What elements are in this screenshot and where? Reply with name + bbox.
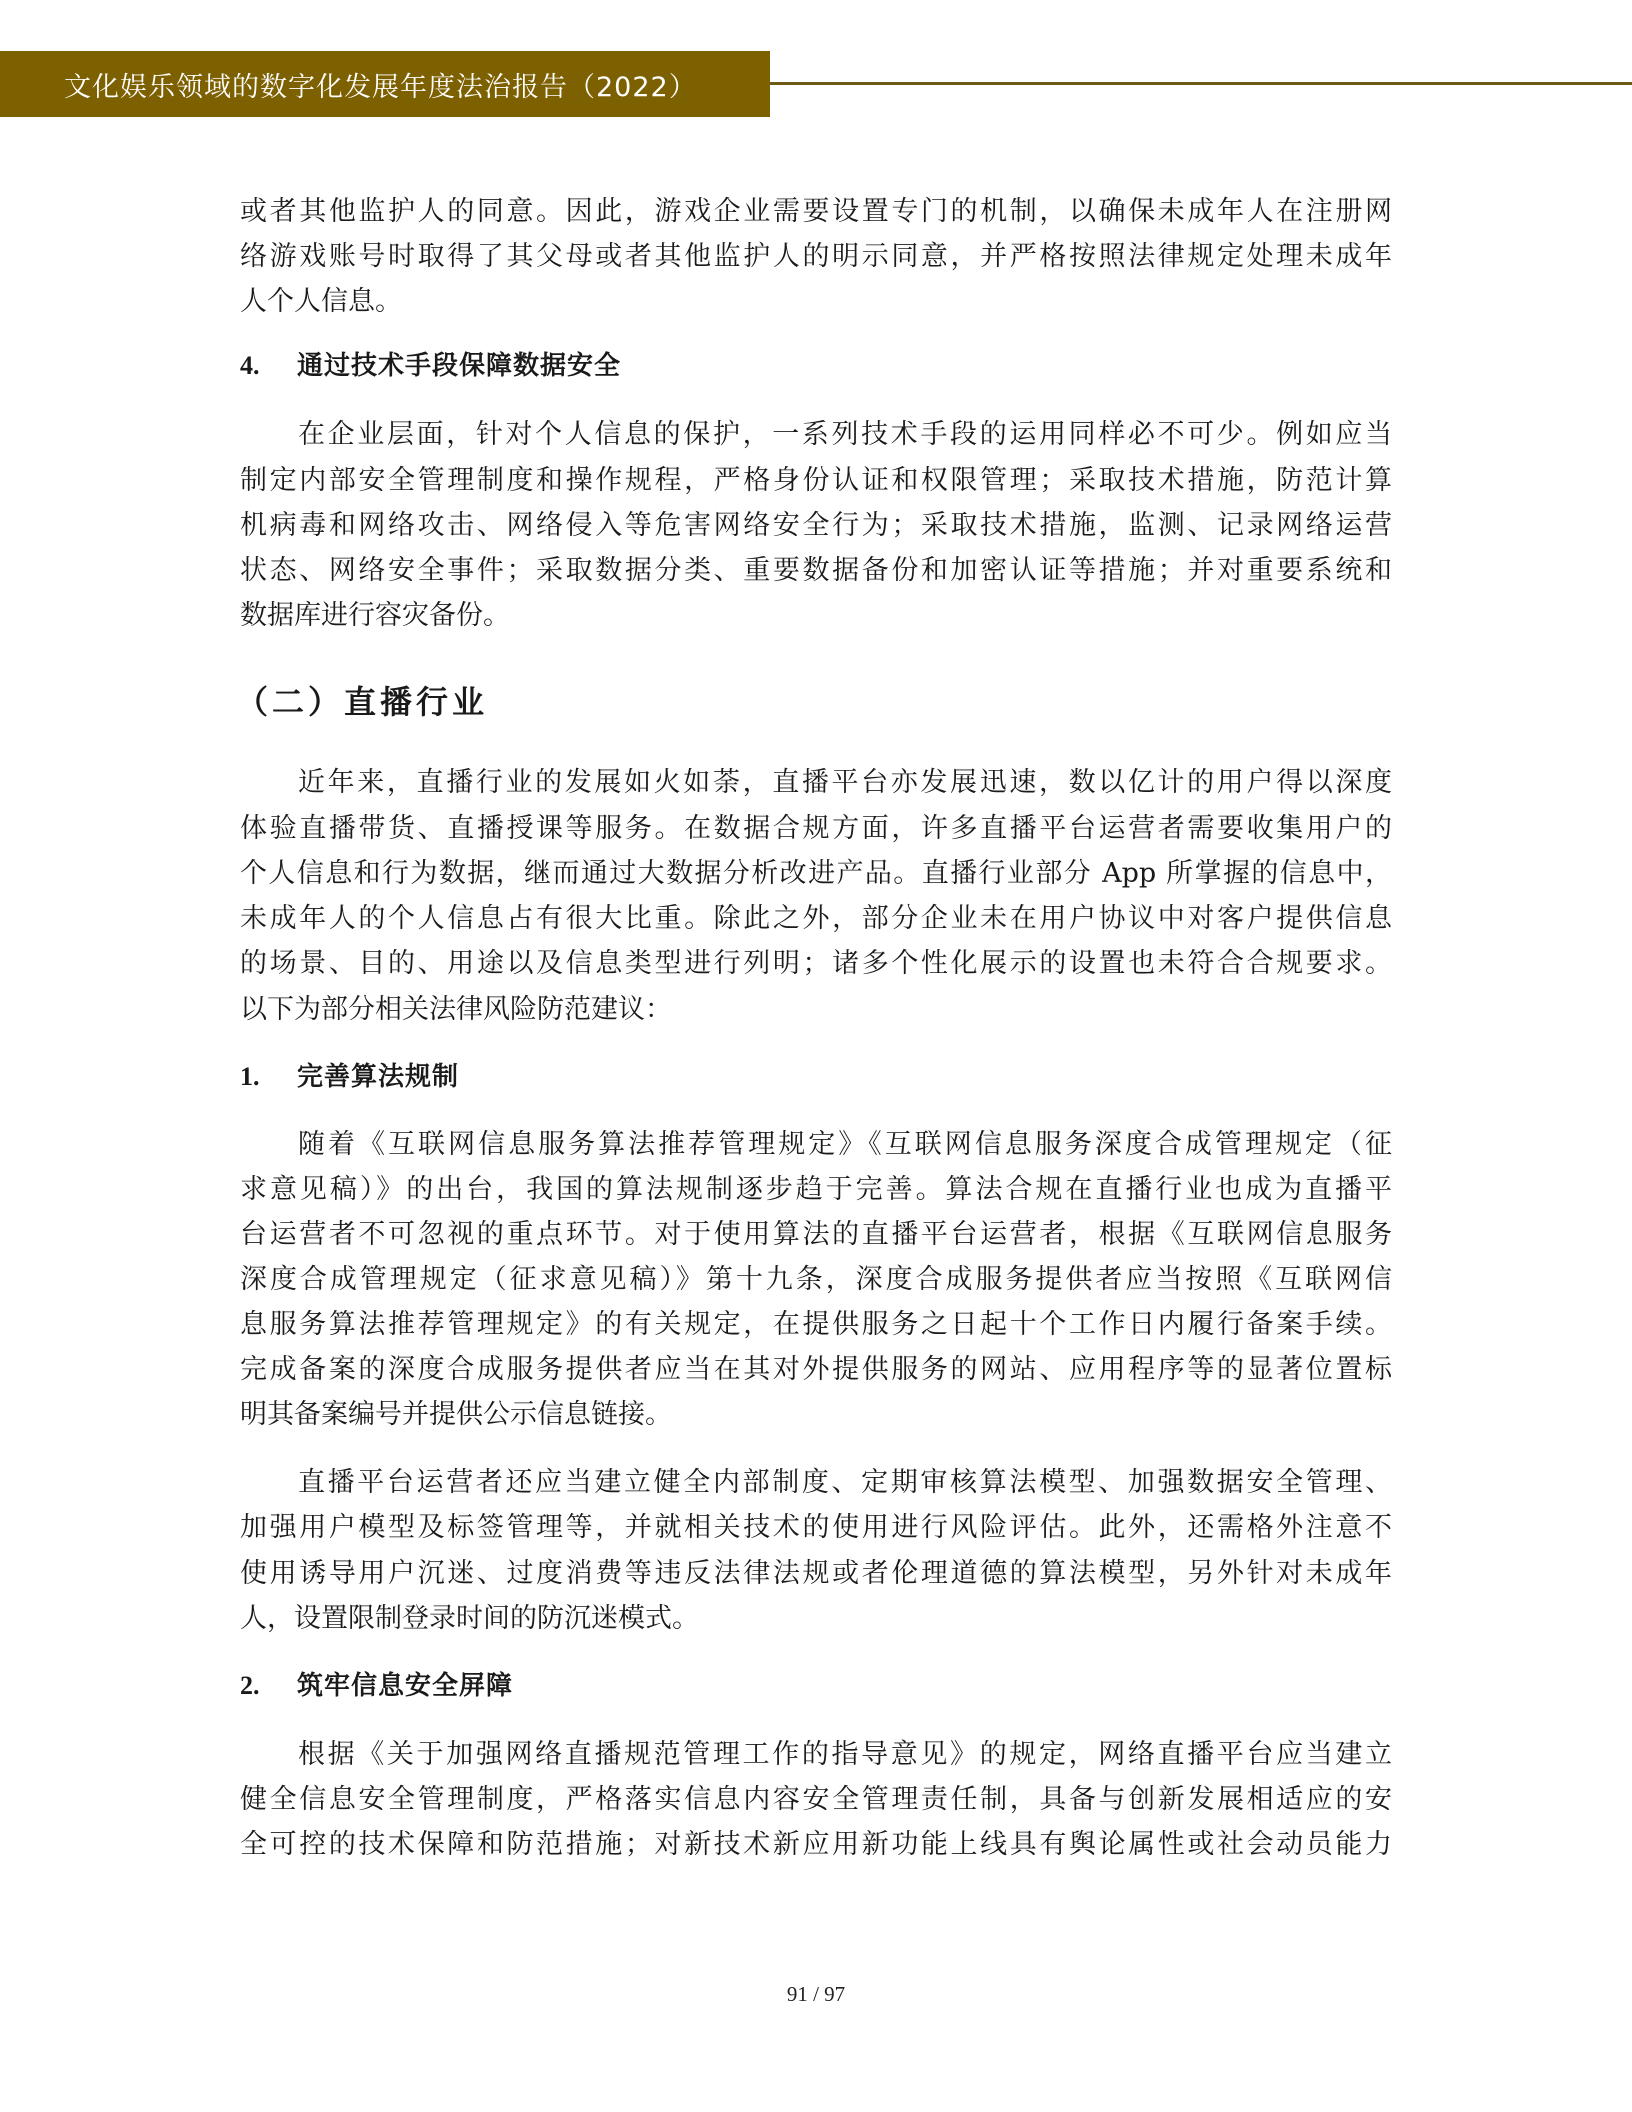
text-line: 制定内部安全管理制度和操作规程，严格身份认证和权限管理；采取技术措施，防范计算 <box>240 461 1392 501</box>
text-line: 或者其他监护人的同意。因此，游戏企业需要设置专门的机制，以确保未成年人在注册网 <box>240 192 1392 232</box>
text-line: 根据《关于加强网络直播规范管理工作的指导意见》的规定，网络直播平台应当建立 <box>298 1735 1392 1775</box>
text-line: 络游戏账号时取得了其父母或者其他监护人的明示同意，并严格按照法律规定处理未成年 <box>240 237 1392 277</box>
subheading-algorithm-regulation: 1. 完善算法规制 <box>240 1057 459 1097</box>
text-line: 随着《互联网信息服务算法推荐管理规定》《互联网信息服务深度合成管理规定（征 <box>298 1125 1392 1165</box>
text-line: 个人信息和行为数据，继而通过大数据分析改进产品。直播行业部分 App 所掌握的信… <box>240 854 1392 894</box>
subheading-title: 筑牢信息安全屏障 <box>297 1666 513 1706</box>
text-line: 机病毒和网络攻击、网络侵入等危害网络安全行为；采取技术措施，监测、记录网络运营 <box>240 506 1392 546</box>
text-line: 求意见稿）》的出台，我国的算法规制逐步趋于完善。算法合规在直播行业也成为直播平 <box>240 1170 1392 1210</box>
text-line: 近年来，直播行业的发展如火如荼，直播平台亦发展迅速，数以亿计的用户得以深度 <box>298 763 1392 803</box>
text-line: 深度合成管理规定（征求意见稿）》第十九条，深度合成服务提供者应当按照《互联网信 <box>240 1260 1392 1300</box>
text-line: 以下为部分相关法律风险防范建议： <box>240 990 1392 1030</box>
text-line: 状态、网络安全事件；采取数据分类、重要数据备份和加密认证等措施；并对重要系统和 <box>240 551 1392 591</box>
text-line: 直播平台运营者还应当建立健全内部制度、定期审核算法模型、加强数据安全管理、 <box>298 1463 1392 1503</box>
subheading-data-security: 4. 通过技术手段保障数据安全 <box>240 346 621 386</box>
text-line: 人，设置限制登录时间的防沉迷模式。 <box>240 1599 1392 1639</box>
text-line: 在企业层面，针对个人信息的保护，一系列技术手段的运用同样必不可少。例如应当 <box>298 415 1392 455</box>
text-line: 使用诱导用户沉迷、过度消费等违反法律法规或者伦理道德的算法模型，另外针对未成年 <box>240 1554 1392 1594</box>
text-line: 加强用户模型及标签管理等，并就相关技术的使用进行风险评估。此外，还需格外注意不 <box>240 1508 1392 1548</box>
section-title-livestreaming: （二）直播行业 <box>236 678 488 726</box>
text-line: 体验直播带货、直播授课等服务。在数据合规方面，许多直播平台运营者需要收集用户的 <box>240 809 1392 849</box>
subheading-title: 通过技术手段保障数据安全 <box>297 346 621 386</box>
text-line: 未成年人的个人信息占有很大比重。除此之外，部分企业未在用户协议中对客户提供信息 <box>240 899 1392 939</box>
header-bar: 文化娱乐领域的数字化发展年度法治报告（2022） <box>0 51 770 117</box>
text-line: 数据库进行容灾备份。 <box>240 596 1392 636</box>
page-number: 91 / 97 <box>0 1982 1632 2007</box>
header-divider <box>770 82 1632 85</box>
subheading-information-security: 2. 筑牢信息安全屏障 <box>240 1666 513 1706</box>
text-line: 的场景、目的、用途以及信息类型进行列明；诸多个性化展示的设置也未符合合规要求。 <box>240 944 1392 984</box>
text-line: 人个人信息。 <box>240 282 1392 322</box>
text-line: 明其备案编号并提供公示信息链接。 <box>240 1395 1392 1435</box>
subheading-title: 完善算法规制 <box>297 1057 459 1097</box>
subheading-number: 4. <box>240 346 297 386</box>
text-line: 健全信息安全管理制度，严格落实信息内容安全管理责任制，具备与创新发展相适应的安 <box>240 1780 1392 1820</box>
text-line: 台运营者不可忽视的重点环节。对于使用算法的直播平台运营者，根据《互联网信息服务 <box>240 1215 1392 1255</box>
subheading-number: 2. <box>240 1666 297 1706</box>
text-line: 息服务算法推荐管理规定》的有关规定，在提供服务之日起十个工作日内履行备案手续。 <box>240 1305 1392 1345</box>
report-title: 文化娱乐领域的数字化发展年度法治报告（2022） <box>64 65 697 104</box>
text-line: 完成备案的深度合成服务提供者应当在其对外提供服务的网站、应用程序等的显著位置标 <box>240 1350 1392 1390</box>
text-line: 全可控的技术保障和防范措施；对新技术新应用新功能上线具有舆论属性或社会动员能力 <box>240 1825 1392 1865</box>
subheading-number: 1. <box>240 1057 297 1097</box>
